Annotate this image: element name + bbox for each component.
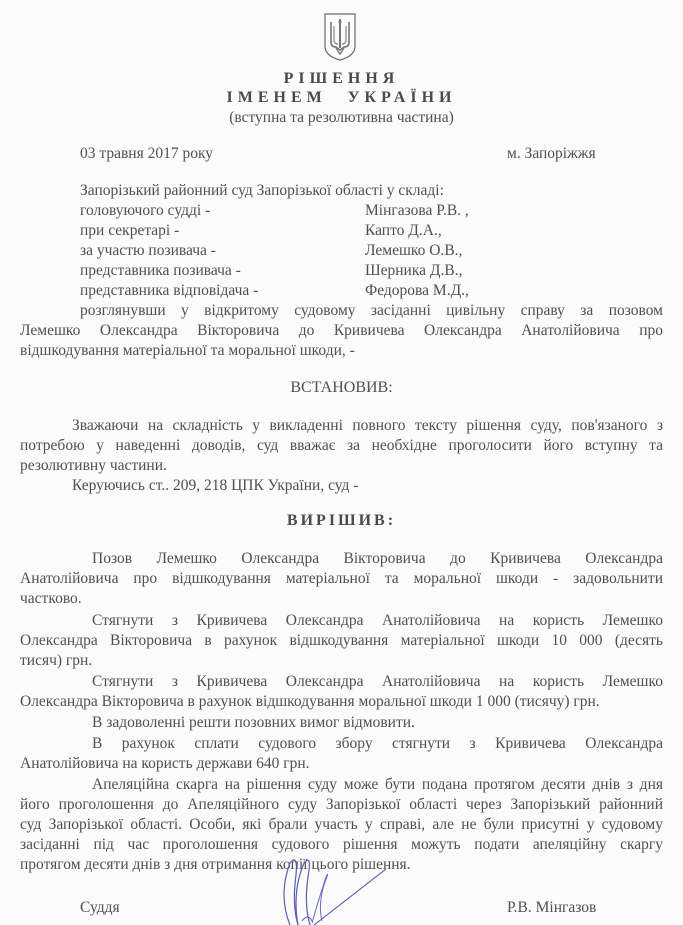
decision-item-line: Олександра Вікторовича в рахунок відшкод… <box>20 632 663 650</box>
role-label: представника позивача - <box>80 262 241 280</box>
decision-item-line: В задоволенні решти позовних вимог відмо… <box>20 714 663 732</box>
judge-label: Суддя <box>80 899 120 917</box>
established-text-line: потребою у наведенні доводів, суд вважає… <box>20 437 663 455</box>
role-name: Капто Д.А., <box>365 222 442 240</box>
document-subtitle: (вступна та резолютивна частина) <box>0 109 683 127</box>
trident-coat-of-arms-icon <box>322 12 358 62</box>
decision-item-line: Анатолійовича про відшкодування матеріал… <box>20 570 663 588</box>
document-subtitle-bold: ІМЕНЕМ УКРАЇНИ <box>0 89 683 107</box>
decision-item-line: В рахунок сплати судового збору стягнути… <box>20 735 663 753</box>
role-name: Федорова М.Д., <box>365 282 469 300</box>
document-title: РІШЕННЯ <box>0 70 683 88</box>
court-intro: Запорізький районний суд Запорізької обл… <box>80 182 444 200</box>
decision-city: м. Запоріжжя <box>507 145 596 163</box>
appeal-text-line: засіданні під час проголошення судового … <box>20 836 663 854</box>
appeal-text-line: суд Запорізької області. Особи, які брал… <box>20 816 663 834</box>
decision-item-line: частково. <box>20 590 663 608</box>
role-label: представника відповідача - <box>80 282 258 300</box>
decision-item-line: Стягнути з Кривичева Олександра Анатолій… <box>20 612 663 630</box>
case-text-line: Лемешко Олександра Вікторовича до Кривич… <box>20 322 663 340</box>
appeal-text-line: його проголошення до Апеляційного суду З… <box>20 796 663 814</box>
role-name: Шерника Д.В., <box>365 262 462 280</box>
handwritten-signature-icon <box>268 855 388 925</box>
role-label: головуючого судді - <box>80 202 210 220</box>
established-text-line: резолютивну частини. <box>20 457 663 475</box>
decision-item-line: тисяч) грн. <box>20 652 663 670</box>
case-text-line: розглянувши у відкритому судовому засіда… <box>20 302 663 320</box>
established-text-line: Зважаючи на складність у викладенні повн… <box>20 417 663 435</box>
decision-item-line: Олександра Вікторовича в рахунок відшкод… <box>20 693 663 711</box>
section-heading-decided: ВИРІШИВ: <box>0 512 683 530</box>
decision-item-line: Позов Лемешко Олександра Вікторовича до … <box>20 550 663 568</box>
role-name: Мінгазова Р.В. , <box>365 202 469 220</box>
judge-name: Р.В. Мінгазов <box>507 899 596 917</box>
decision-date: 03 травня 2017 року <box>80 145 213 163</box>
role-label: при секретарі - <box>80 222 179 240</box>
decision-item-line: Стягнути з Кривичева Олександра Анатолій… <box>20 673 663 691</box>
section-heading-established: ВСТАНОВИВ: <box>0 379 683 397</box>
appeal-text-line: Апеляційна скарга на рішення суду може б… <box>20 776 663 794</box>
court-decision-page: РІШЕННЯ ІМЕНЕМ УКРАЇНИ (вступна та резол… <box>0 0 683 925</box>
decision-item-line: Анатолійовича на користь держави 640 грн… <box>20 755 663 773</box>
role-label: за участю позивача - <box>80 242 216 260</box>
established-legal-basis: Керуючись ст.. 209, 218 ЦПК України, суд… <box>20 477 663 495</box>
role-name: Лемешко О.В., <box>365 242 462 260</box>
case-text-line: відшкодування матеріальної та моральної … <box>20 342 663 360</box>
